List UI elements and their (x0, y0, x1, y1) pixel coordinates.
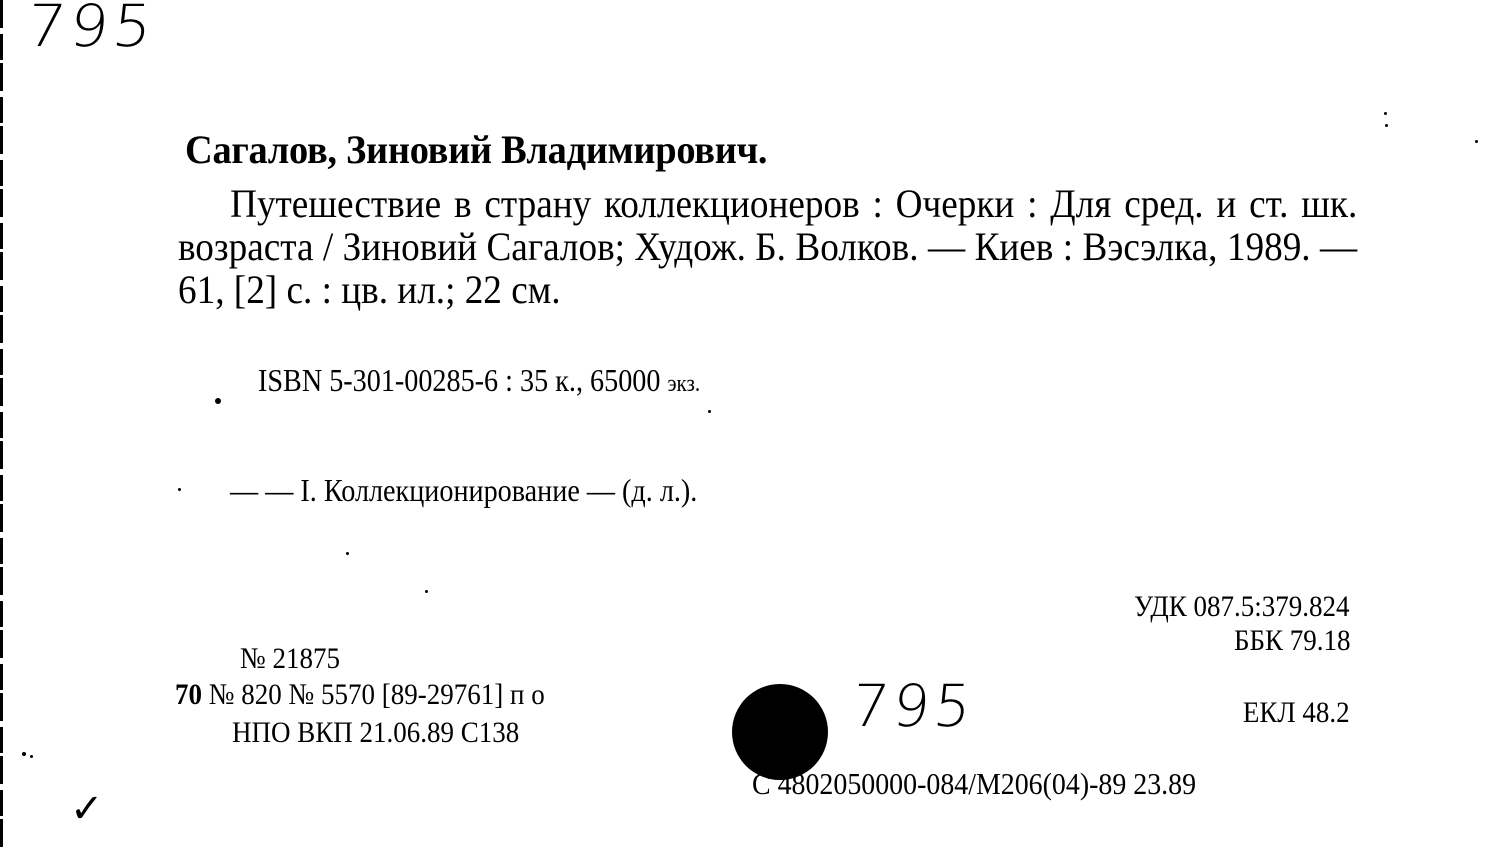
print-details: № 820 № 5570 [89-29761] п о (209, 678, 545, 711)
ink-speck (1384, 112, 1387, 115)
ink-speck (1475, 140, 1478, 143)
subject-heading: — — I. Коллекционирование — (д. л.). (230, 472, 697, 509)
publisher-code: С 4802050000-084/М206(04)-89 23.89 (752, 766, 1196, 802)
handwritten-number-middle: 795 (848, 672, 978, 740)
checkmark-icon: ✓ (70, 786, 104, 832)
print-line: 70 № 820 № 5570 [89-29761] п о (175, 678, 545, 712)
ink-speck (30, 755, 33, 758)
ink-speck (22, 752, 26, 756)
ink-speck (1385, 124, 1388, 127)
hole-punch (732, 684, 828, 780)
author-heading: Сагалов, Зиновий Владимирович. (185, 126, 767, 173)
ekl-classification: ЕКЛ 48.2 (1243, 696, 1350, 730)
ink-speck (425, 590, 428, 593)
udk-classification: УДК 087.5:379.824 (1134, 590, 1350, 624)
bbk-classification: ББК 79.18 (1233, 624, 1350, 658)
ink-speck (215, 398, 221, 404)
npo-line: НПО ВКП 21.06.89 С138 (232, 716, 519, 750)
card-number: № 21875 (240, 642, 340, 676)
ink-speck (708, 410, 711, 413)
isbn-line: ISBN 5-301-00285-6 : 35 к., 65000 экз. (258, 362, 700, 399)
card-left-edge (0, 0, 3, 848)
description-text: Путешествие в страну коллекционеров : Оч… (178, 182, 1357, 311)
isbn-text: ISBN 5-301-00285-6 : 35 к., 65000 (258, 362, 660, 398)
bibliographic-description: Путешествие в страну коллекционеров : Оч… (178, 182, 1275, 311)
handwritten-number-top: 795 (23, 0, 159, 60)
print-prefix: 70 (175, 678, 202, 711)
ink-speck (346, 552, 349, 555)
copies-unit: экз. (667, 371, 700, 397)
ink-speck (178, 488, 181, 491)
